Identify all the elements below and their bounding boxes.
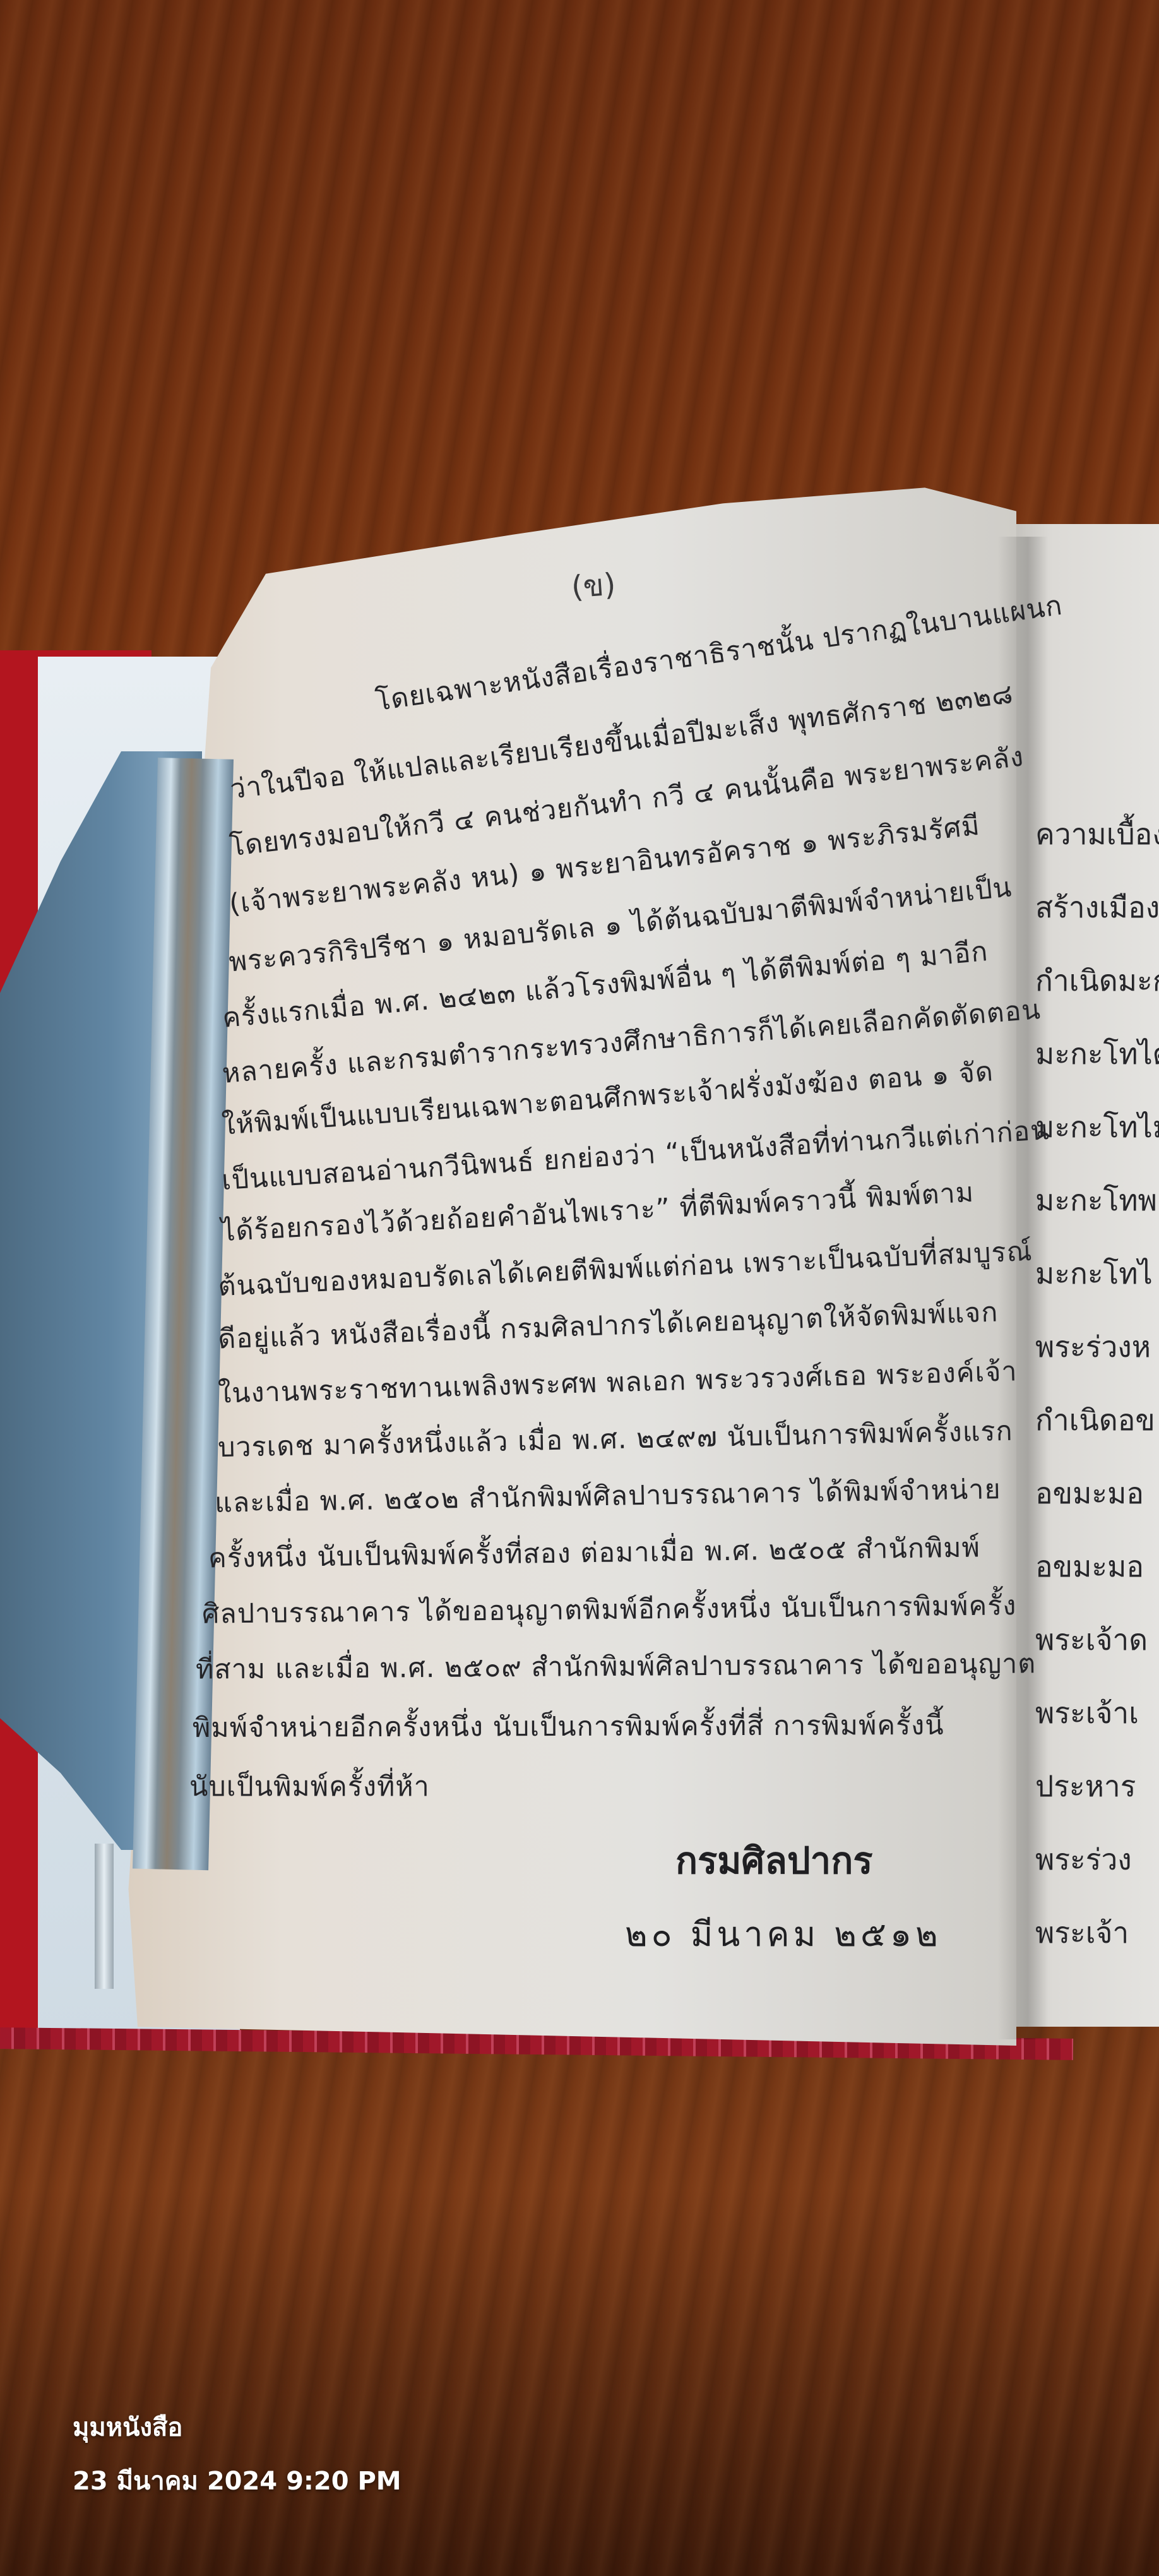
right-page-line: พระเจ้าเ: [1035, 1690, 1139, 1736]
right-page-line: ประหาร: [1035, 1763, 1136, 1810]
caption-title: มุมหนังสือ: [73, 2409, 401, 2447]
photo-caption: มุมหนังสือ 23 มีนาคม 2024 9:20 PM: [73, 2409, 401, 2500]
right-page-line: กำเนิดมะก: [1035, 958, 1159, 1004]
right-page-line: สร้างเมือง: [1035, 885, 1159, 931]
right-page-line: พระร่วงห: [1035, 1324, 1151, 1370]
right-page-line: พระเจ้า: [1035, 1910, 1129, 1956]
right-page-line: มะกะโทได้: [1035, 1031, 1159, 1077]
right-page-line: พระเจ้าด: [1035, 1617, 1148, 1663]
text-line: นับเป็นพิมพ์ครั้งที่ห้า: [189, 1765, 430, 1808]
right-page-line: อขมะมอ: [1035, 1470, 1144, 1517]
signature-department: กรมศิลปากร: [675, 1831, 873, 1890]
page-number: (ข): [569, 561, 617, 612]
text-line: ศิลปาบรรณาคาร ได้ขออนุญาตพิมพ์อีกครั้งหน…: [202, 1583, 1017, 1635]
right-page-line: ความเบื้อง: [1035, 811, 1159, 857]
right-page-line: พระร่วง: [1035, 1837, 1132, 1883]
text-line: ที่สาม และเมื่อ พ.ศ. ๒๕๐๙ สำนักพิมพ์ศิลป…: [196, 1642, 1037, 1690]
right-page-line: มะกะโทพ: [1035, 1178, 1157, 1224]
signature-date: ๒๐ มีนาคม ๒๕๑๒: [625, 1907, 942, 1961]
right-page-line: กำเนิดอข: [1035, 1397, 1155, 1443]
right-page-line: มะกะโทไม่: [1035, 1104, 1159, 1150]
right-page-line: มะกะโทไ: [1035, 1251, 1153, 1297]
right-page-line: อขมะมอ: [1035, 1544, 1144, 1590]
ruler-stick: [95, 1844, 114, 1989]
text-line: พิมพ์จำหน่ายอีกครั้งหนึ่ง นับเป็นการพิมพ…: [193, 1703, 944, 1749]
caption-timestamp: 23 มีนาคม 2024 9:20 PM: [73, 2462, 401, 2500]
